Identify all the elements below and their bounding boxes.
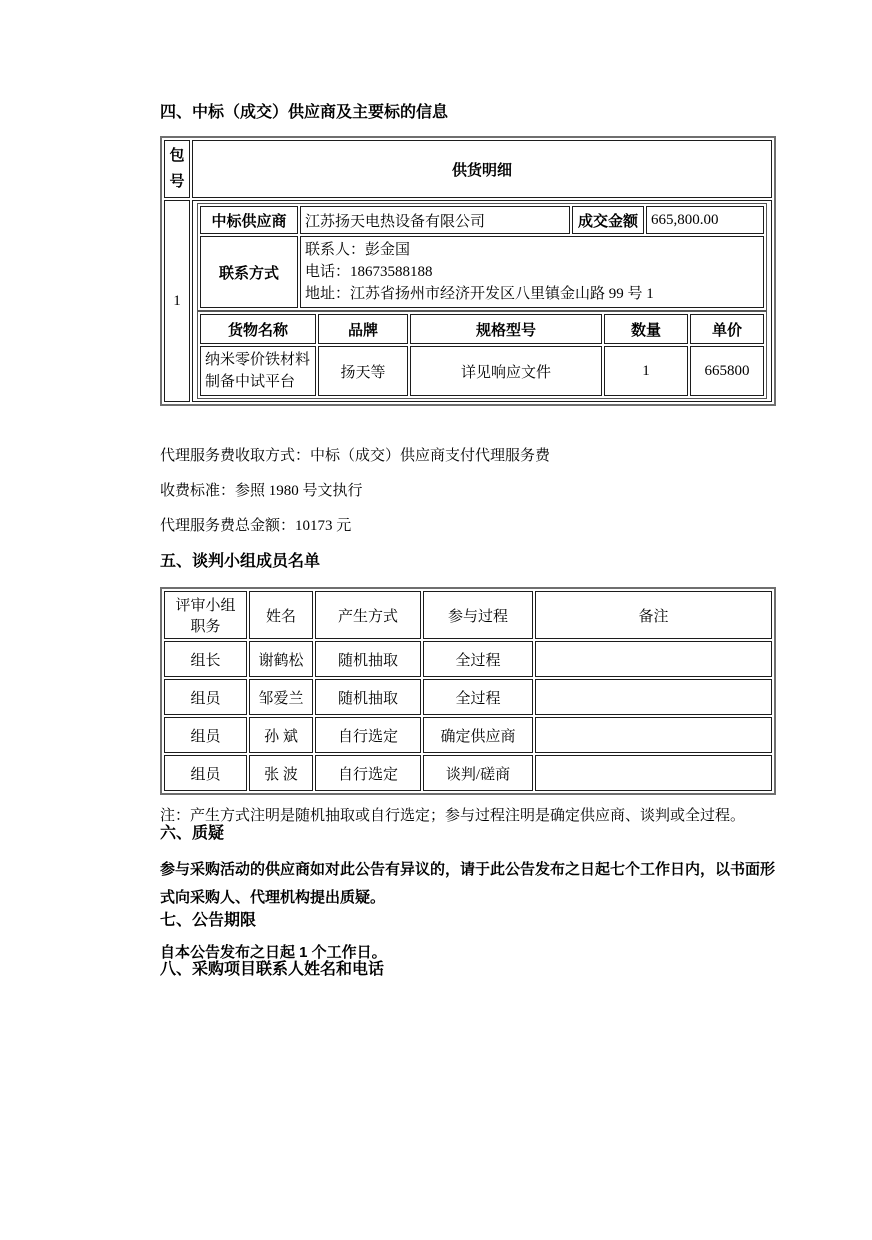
committee-process-cell: 全过程 [423,679,533,715]
winner-value-cell: 江苏扬天电热设备有限公司 [300,206,570,234]
winner-row: 中标供应商 江苏扬天电热设备有限公司 成交金额 665,800.00 [200,206,764,234]
goods-qty-cell: 1 [604,346,688,396]
supply-table: 包 号 供货明细 1 中标供应商 江苏扬天电热设备有限公司 成交金额 665,8… [160,136,776,406]
document-page: 四、中标（成交）供应商及主要标的信息 包 号 供货明细 1 中标供应商 江苏扬天… [0,0,776,979]
package-no-header-cell: 包 号 [164,140,190,198]
goods-spec-cell: 详见响应文件 [410,346,602,396]
committee-method-cell: 随机抽取 [315,679,421,715]
package-detail-cell: 中标供应商 江苏扬天电热设备有限公司 成交金额 665,800.00 联系方式 … [192,200,772,402]
contact-row: 联系方式 联系人：彭金国 电话：18673588188 地址：江苏省扬州市经济开… [200,236,764,308]
goods-qty-header: 数量 [604,314,688,344]
committee-method-cell: 自行选定 [315,755,421,791]
committee-role-header: 评审小组职务 [164,591,247,639]
amount-value-cell: 665,800.00 [646,206,764,234]
committee-role-cell: 组员 [164,755,247,791]
section5-heading: 五、谈判小组成员名单 [160,553,776,571]
section6-heading: 六、质疑 [160,825,776,843]
committee-note: 注：产生方式注明是随机抽取或自行选定；参与过程注明是确定供应商、谈判或全过程。 [160,808,776,825]
winner-info-table: 中标供应商 江苏扬天电热设备有限公司 成交金额 665,800.00 联系方式 … [197,203,767,311]
committee-remark-cell [535,679,772,715]
package-no-cell: 1 [164,200,190,402]
committee-name-cell: 邹爱兰 [249,679,313,715]
winner-label-cell: 中标供应商 [200,206,298,234]
goods-header-row: 货物名称 品牌 规格型号 数量 单价 [200,314,764,344]
committee-method-cell: 自行选定 [315,717,421,753]
committee-process-cell: 谈判/磋商 [423,755,533,791]
committee-method-header: 产生方式 [315,591,421,639]
committee-remark-header: 备注 [535,591,772,639]
goods-brand-cell: 扬天等 [318,346,408,396]
goods-data-row: 纳米零价铁材料制备中试平台 扬天等 详见响应文件 1 665800 [200,346,764,396]
goods-brand-header: 品牌 [318,314,408,344]
fee-total-line: 代理服务费总金额：10173 元 [160,518,776,535]
committee-method-cell: 随机抽取 [315,641,421,677]
committee-header-row: 评审小组职务 姓名 产生方式 参与过程 备注 [164,591,772,639]
goods-spec-header: 规格型号 [410,314,602,344]
fee-standard-line: 收费标准：参照 1980 号文执行 [160,483,776,500]
committee-name-header: 姓名 [249,591,313,639]
goods-table: 货物名称 品牌 规格型号 数量 单价 纳米零价铁材料制备中试平台 扬天等 详见响… [197,311,767,399]
committee-name-cell: 张 波 [249,755,313,791]
contact-label-cell: 联系方式 [200,236,298,308]
committee-process-cell: 全过程 [423,641,533,677]
committee-row: 组员 邹爱兰 随机抽取 全过程 [164,679,772,715]
goods-price-cell: 665800 [690,346,764,396]
contact-value-cell: 联系人：彭金国 电话：18673588188 地址：江苏省扬州市经济开发区八里镇… [300,236,764,308]
committee-process-header: 参与过程 [423,591,533,639]
committee-name-cell: 谢鹤松 [249,641,313,677]
committee-process-cell: 确定供应商 [423,717,533,753]
section6-body: 参与采购活动的供应商如对此公告有异议的，请于此公告发布之日起七个工作日内，以书面… [160,856,776,912]
committee-name-cell: 孙 斌 [249,717,313,753]
fee-method-line: 代理服务费收取方式：中标（成交）供应商支付代理服务费 [160,448,776,465]
committee-remark-cell [535,641,772,677]
committee-row: 组长 谢鹤松 随机抽取 全过程 [164,641,772,677]
committee-row: 组员 孙 斌 自行选定 确定供应商 [164,717,772,753]
section7-body: 自本公告发布之日起 1 个工作日。 [160,944,776,961]
amount-label-cell: 成交金额 [572,206,644,234]
section7-heading: 七、公告期限 [160,912,776,930]
section8-heading: 八、采购项目联系人姓名和电话 [160,961,776,979]
supply-detail-header-cell: 供货明细 [192,140,772,198]
agency-fee-block: 代理服务费收取方式：中标（成交）供应商支付代理服务费 收费标准：参照 1980 … [160,448,776,535]
committee-table: 评审小组职务 姓名 产生方式 参与过程 备注 组长 谢鹤松 随机抽取 全过程 组… [160,587,776,795]
goods-price-header: 单价 [690,314,764,344]
supply-table-body-row: 1 中标供应商 江苏扬天电热设备有限公司 成交金额 665,800.00 联系方… [164,200,772,402]
goods-name-header: 货物名称 [200,314,316,344]
committee-role-cell: 组长 [164,641,247,677]
supply-table-header-row: 包 号 供货明细 [164,140,772,198]
committee-remark-cell [535,717,772,753]
committee-role-cell: 组员 [164,679,247,715]
section4-heading: 四、中标（成交）供应商及主要标的信息 [160,104,776,122]
committee-role-cell: 组员 [164,717,247,753]
committee-remark-cell [535,755,772,791]
committee-row: 组员 张 波 自行选定 谈判/磋商 [164,755,772,791]
goods-name-cell: 纳米零价铁材料制备中试平台 [200,346,316,396]
